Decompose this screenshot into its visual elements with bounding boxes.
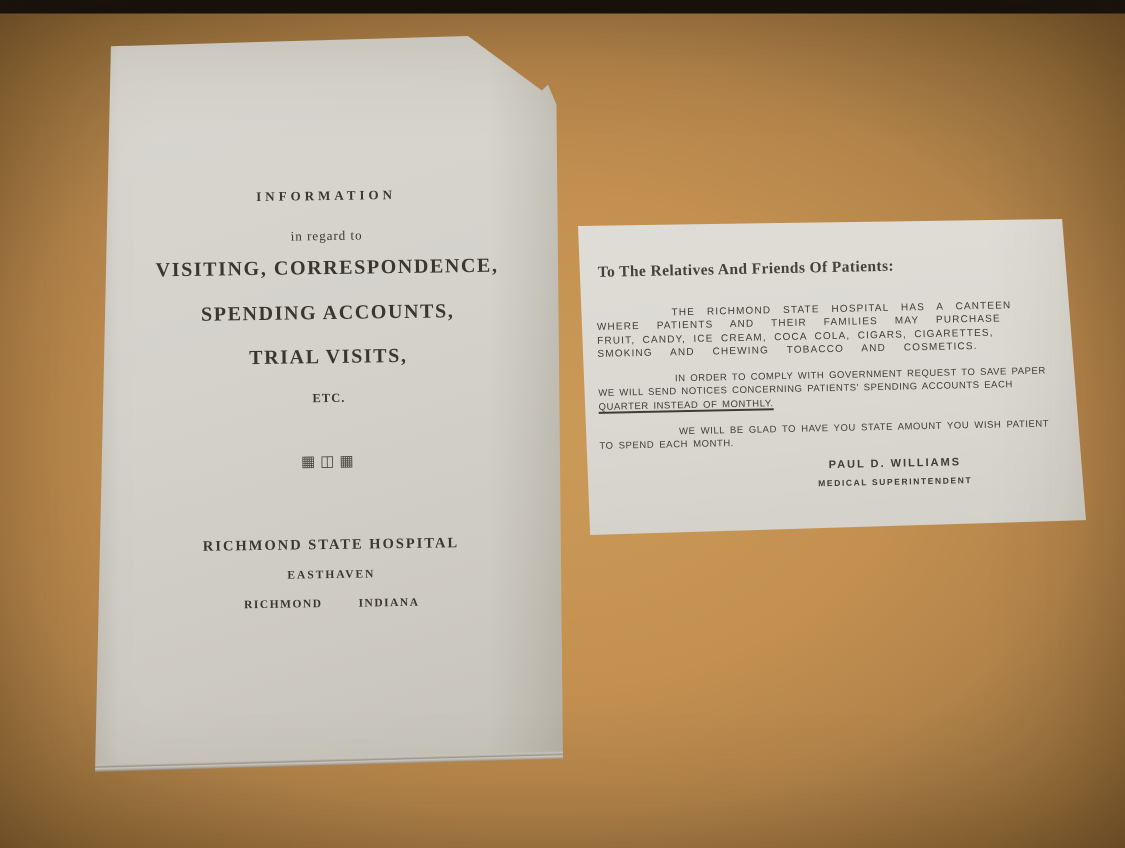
hospital-location: EASTHAVEN: [97, 566, 565, 585]
pamphlet-etc: ETC.: [95, 388, 563, 410]
pamphlet-title-small: INFORMATION: [92, 185, 560, 208]
ornament-book-icon: ◫: [320, 454, 339, 470]
notice-card: To The Relatives And Friends Of Patients…: [578, 219, 1086, 535]
card-paragraph-notices: IN ORDER TO COMPLY WITH GOVERNMENT REQUE…: [598, 364, 1061, 414]
hospital-city: RICHMOND: [244, 598, 323, 611]
signature-name: PAUL D. WILLIAMS: [780, 455, 1010, 472]
pamphlet-title-line: SPENDING ACCOUNTS,: [94, 299, 562, 329]
hospital-name: RICHMOND STATE HOSPITAL: [97, 534, 565, 558]
pamphlet-title-line: TRIAL VISITS,: [94, 343, 562, 373]
card-paragraph-canteen: THE RICHMOND STATE HOSPITAL HAS A CANTEE…: [597, 298, 1060, 361]
photo-scene: INFORMATION in regard to VISITING, CORRE…: [0, 0, 1125, 848]
hospital-state: INDIANA: [358, 597, 419, 610]
card-paragraph-amount: WE WILL BE GLAD TO HAVE YOU STATE AMOUNT…: [599, 417, 1061, 453]
pamphlet-subtitle: in regard to: [93, 225, 561, 248]
underlined-text: QUARTER INSTEAD OF MONTHLY.: [598, 398, 773, 413]
signature-title: MEDICAL SUPERINTENDENT: [780, 474, 1010, 489]
ornament-block-icon: ▦: [339, 454, 358, 470]
hospital-city-state: RICHMOND INDIANA: [98, 595, 566, 614]
card-heading: To The Relatives And Friends Of Patients…: [598, 258, 895, 282]
pamphlet-title-line: VISITING, CORRESPONDENCE,: [93, 254, 561, 284]
printer-ornament: ▦◫▦: [96, 449, 564, 475]
pamphlet: INFORMATION in regard to VISITING, CORRE…: [95, 36, 563, 772]
pamphlet-cover: INFORMATION in regard to VISITING, CORRE…: [90, 33, 568, 775]
signature-block: PAUL D. WILLIAMS MEDICAL SUPERINTENDENT: [780, 455, 1011, 489]
notice-card-content: To The Relatives And Friends Of Patients…: [575, 214, 1090, 541]
ornament-block-icon: ▦: [301, 454, 320, 470]
